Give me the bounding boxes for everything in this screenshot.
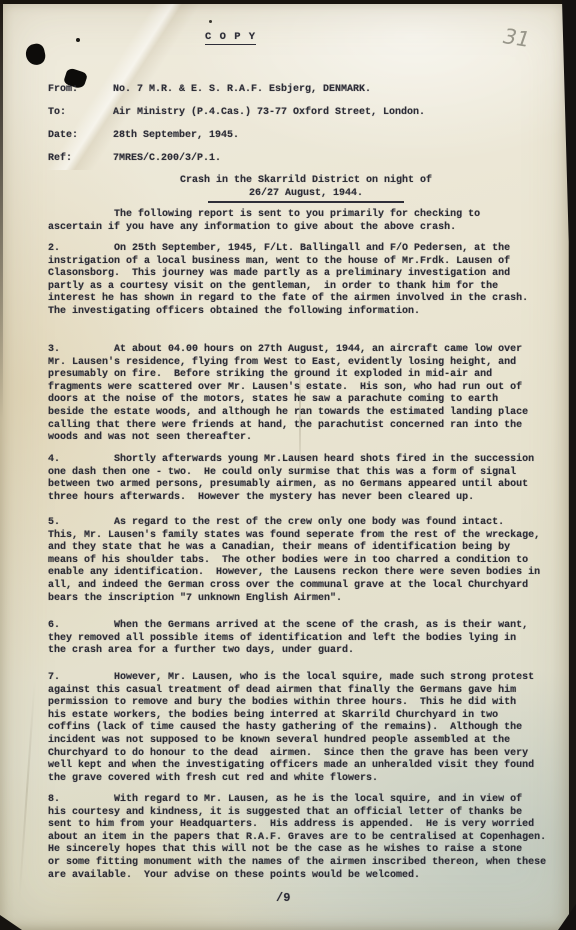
paragraph-8: 8. With regard to Mr. Lausen, as he is t… <box>48 794 546 882</box>
meta-value: 7MRES/C.200/3/P.1. <box>113 153 221 164</box>
meta-value: 28th September, 1945. <box>113 130 239 141</box>
meta-label: To: <box>48 107 66 118</box>
footer-page-mark: /9 <box>276 891 290 905</box>
meta-label: Ref: <box>48 153 72 164</box>
photo-edge-left <box>0 0 3 419</box>
subject-heading: Crash in the Skarrild District on night … <box>156 174 456 203</box>
meta-label: Date: <box>48 130 78 141</box>
paragraph-intro: The following report is sent to you prim… <box>48 209 480 234</box>
document-photo: C O P Y 31 From: No. 7 M.R. & E. S. R.A.… <box>0 0 576 930</box>
photo-edge-top <box>0 0 576 4</box>
subject-line-2: 26/27 August, 1944. <box>156 187 456 203</box>
paragraph-5: 5. As regard to the rest of the crew onl… <box>48 517 540 605</box>
meta-label: From: <box>48 84 78 95</box>
ink-blot <box>24 42 47 66</box>
meta-value: Air Ministry (P.4.Cas.) 73-77 Oxford Str… <box>113 107 425 118</box>
paragraph-6: 6. When the Germans arrived at the scene… <box>48 620 528 658</box>
meta-value: No. 7 M.R. & E. S. R.A.F. Esbjerg, DENMA… <box>113 84 371 95</box>
copy-title: C O P Y <box>205 31 256 45</box>
paragraph-4: 4. Shortly afterwards young Mr.Lausen he… <box>48 454 534 504</box>
paragraph-2: 2. On 25th September, 1945, F/Lt. Ballin… <box>48 243 528 319</box>
pencil-page-number: 31 <box>499 24 533 51</box>
paper-crease <box>18 680 35 900</box>
paragraph-7: 7. However, Mr. Lausen, who is the local… <box>48 672 534 785</box>
paper: C O P Y 31 From: No. 7 M.R. & E. S. R.A.… <box>0 0 576 930</box>
subject-line-1: Crash in the Skarrild District on night … <box>156 174 456 187</box>
ink-speck <box>209 20 212 23</box>
ink-speck <box>76 38 80 42</box>
paragraph-3: 3. At about 04.00 hours on 27th August, … <box>48 344 528 445</box>
